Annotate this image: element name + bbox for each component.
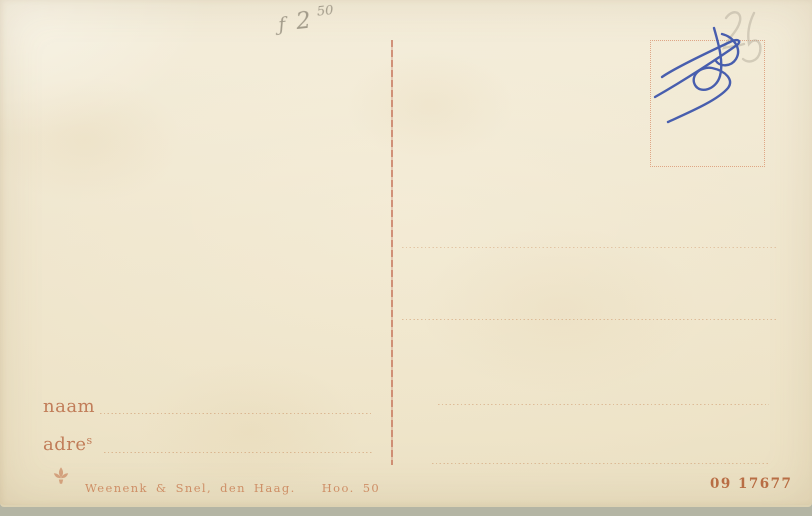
address-dotted-line <box>402 319 776 320</box>
photo-of-postcard: naam adres ƒ250 <box>0 0 812 516</box>
price-fraction: 50 <box>316 3 334 20</box>
publisher-name: Weenenk & Snel, den Haag. <box>85 481 296 495</box>
pencil-price-annotation: ƒ250 <box>277 3 336 37</box>
address-field-dotted-line <box>104 452 372 453</box>
publisher-imprint: Weenenk & Snel, den Haag.Hoo. 50 <box>85 481 380 495</box>
publisher-logo-icon <box>50 465 72 487</box>
center-divider-line <box>391 40 393 465</box>
address-label-superscript: s <box>87 434 93 447</box>
postcard-back: naam adres ƒ250 <box>0 0 812 507</box>
name-label: naam <box>43 396 95 417</box>
name-dotted-line <box>100 413 372 414</box>
address-label-text: adre <box>43 434 87 455</box>
price-amount: 2 <box>295 8 312 35</box>
address-label: adres <box>43 434 93 455</box>
address-dotted-line <box>438 404 769 405</box>
address-dotted-line <box>432 463 768 464</box>
guilder-sign: ƒ <box>277 13 286 36</box>
series-code: Hoo. 50 <box>322 481 380 495</box>
serial-number: 09 17677 <box>710 476 792 492</box>
address-dotted-line <box>402 247 778 248</box>
ink-signature-scribble <box>640 20 760 130</box>
